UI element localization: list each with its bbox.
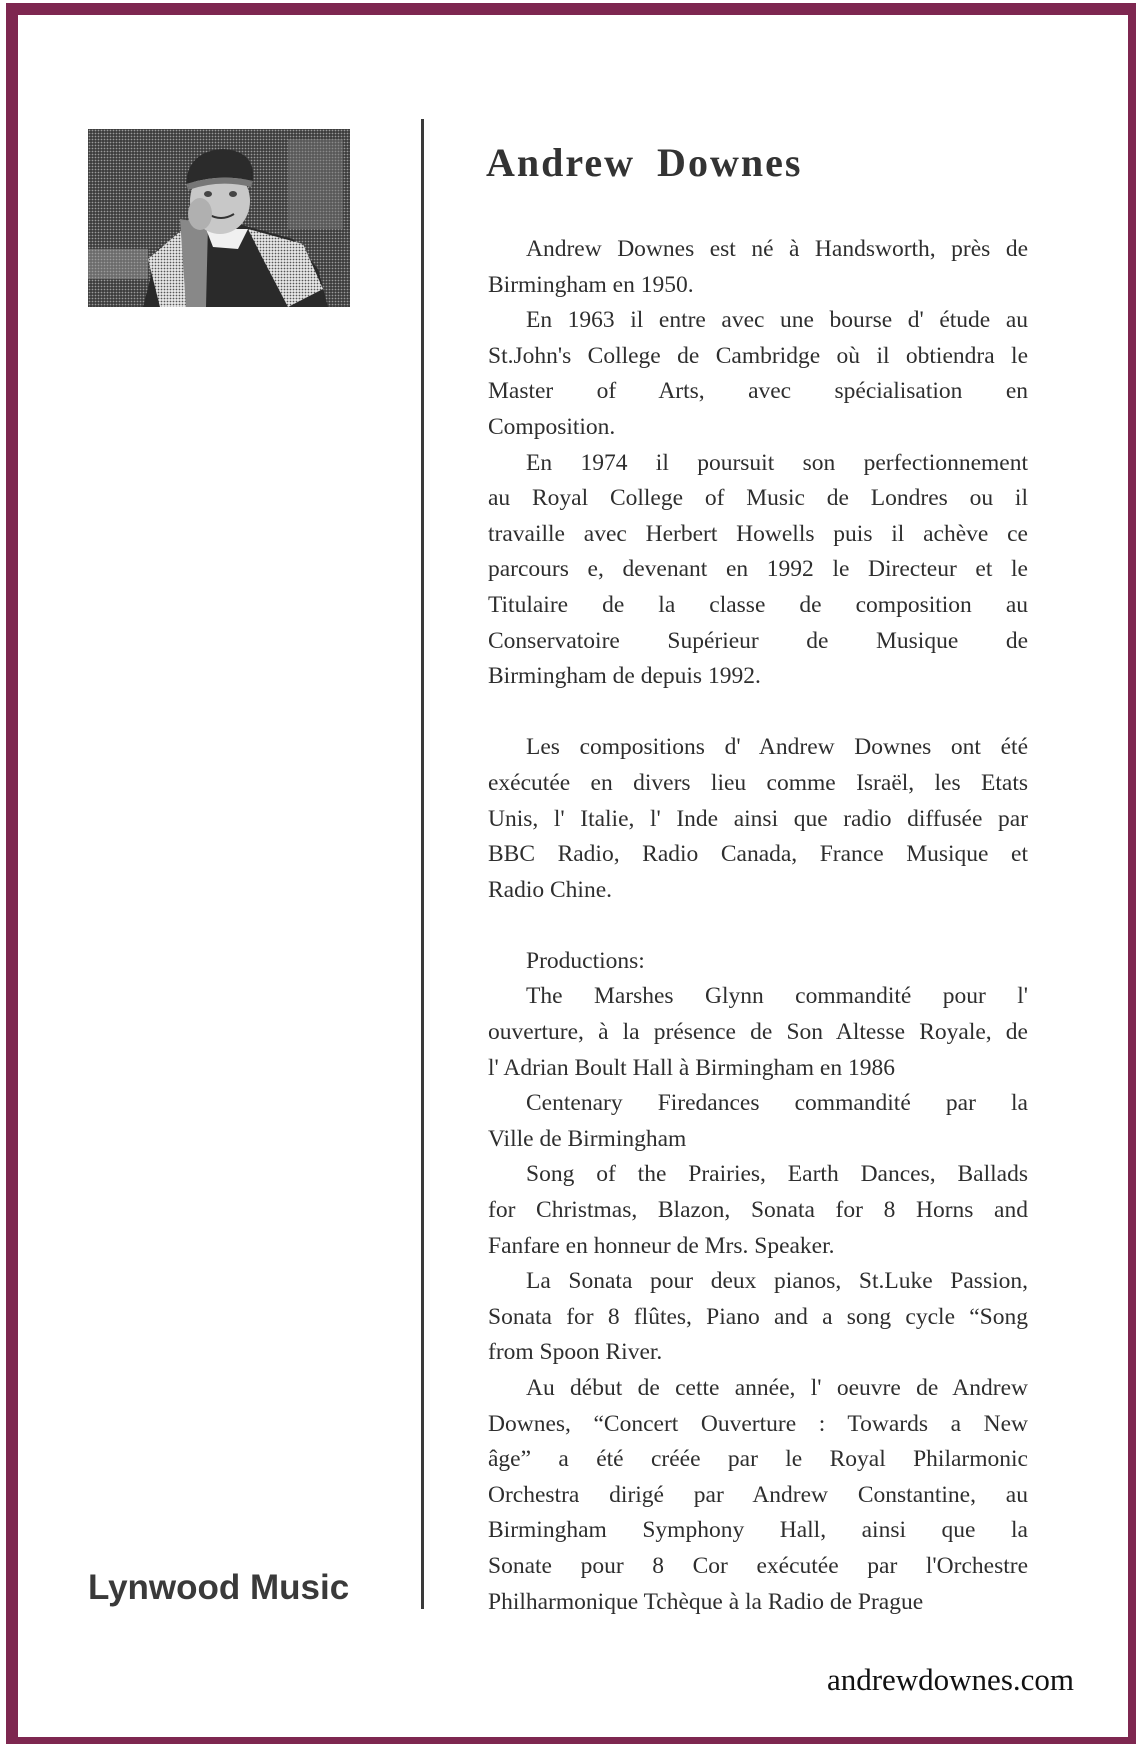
text-line: Radio Chine. — [488, 873, 1028, 909]
text-line: travaille avec Herbert Howells puis il a… — [488, 517, 1028, 553]
paragraph-gap — [488, 908, 1028, 944]
text-line: Centenary Firedances commandité par la — [488, 1086, 1028, 1122]
text-line: au Royal College of Music de Londres ou … — [488, 481, 1028, 517]
productions-heading: Productions: — [488, 944, 1028, 980]
paragraph-gap — [488, 695, 1028, 731]
text-line: Downes, “Concert Ouverture : Towards a N… — [488, 1407, 1028, 1443]
text-line: ouverture, à la présence de Son Altesse … — [488, 1015, 1028, 1051]
text-line: La Sonata pour deux pianos, St.Luke Pass… — [488, 1264, 1028, 1300]
text-line: from Spoon River. — [488, 1335, 1028, 1371]
website-link[interactable]: andrewdownes.com — [827, 1660, 1074, 1700]
text-line: Master of Arts, avec spécialisation en — [488, 374, 1028, 410]
text-line: Titulaire de la classe de composition au — [488, 588, 1028, 624]
text-line: Birmingham Symphony Hall, ainsi que la — [488, 1513, 1028, 1549]
text-line: Philharmonique Tchèque à la Radio de Pra… — [488, 1585, 1028, 1621]
column-divider — [421, 119, 424, 1609]
text-line: Song of the Prairies, Earth Dances, Ball… — [488, 1157, 1028, 1193]
text-line: St.John's College de Cambridge où il obt… — [488, 339, 1028, 375]
text-line: exécutée en divers lieu comme Israël, le… — [488, 766, 1028, 802]
text-line: Conservatoire Supérieur de Musique de — [488, 624, 1028, 660]
text-line: Au début de cette année, l' oeuvre de An… — [488, 1371, 1028, 1407]
text-line: The Marshes Glynn commandité pour l' — [488, 979, 1028, 1015]
page-title: Andrew Downes — [486, 138, 802, 188]
text-line: for Christmas, Blazon, Sonata for 8 Horn… — [488, 1193, 1028, 1229]
text-line: Birmingham de depuis 1992. — [488, 659, 1028, 695]
text-line: Andrew Downes est né à Handsworth, près … — [488, 232, 1028, 268]
portrait-photo — [88, 129, 350, 307]
text-line: Orchestra dirigé par Andrew Constantine,… — [488, 1478, 1028, 1514]
text-line: Sonate pour 8 Cor exécutée par l'Orchest… — [488, 1549, 1028, 1585]
text-line: l' Adrian Boult Hall à Birmingham en 198… — [488, 1051, 1028, 1087]
text-line: Unis, l' Italie, l' Inde ainsi que radio… — [488, 802, 1028, 838]
text-line: Fanfare en honneur de Mrs. Speaker. — [488, 1229, 1028, 1265]
text-line: Birmingham en 1950. — [488, 268, 1028, 304]
text-line: parcours e, devenant en 1992 le Directeu… — [488, 552, 1028, 588]
biography-text: Andrew Downes est né à Handsworth, près … — [488, 232, 1028, 1620]
biography-page: Lynwood Music Andrew Downes Andrew Downe… — [0, 0, 1136, 1744]
text-line: BBC Radio, Radio Canada, France Musique … — [488, 837, 1028, 873]
publisher-name: Lynwood Music — [88, 1568, 388, 1608]
portrait-photo-icon — [88, 129, 350, 307]
text-line: Ville de Birmingham — [488, 1122, 1028, 1158]
text-line: âge” a été créée par le Royal Philarmoni… — [488, 1442, 1028, 1478]
text-line: Sonata for 8 flûtes, Piano and a song cy… — [488, 1300, 1028, 1336]
text-line: En 1963 il entre avec une bourse d' étud… — [488, 303, 1028, 339]
text-line: Composition. — [488, 410, 1028, 446]
text-line: En 1974 il poursuit son perfectionnement — [488, 446, 1028, 482]
text-line: Les compositions d' Andrew Downes ont ét… — [488, 730, 1028, 766]
